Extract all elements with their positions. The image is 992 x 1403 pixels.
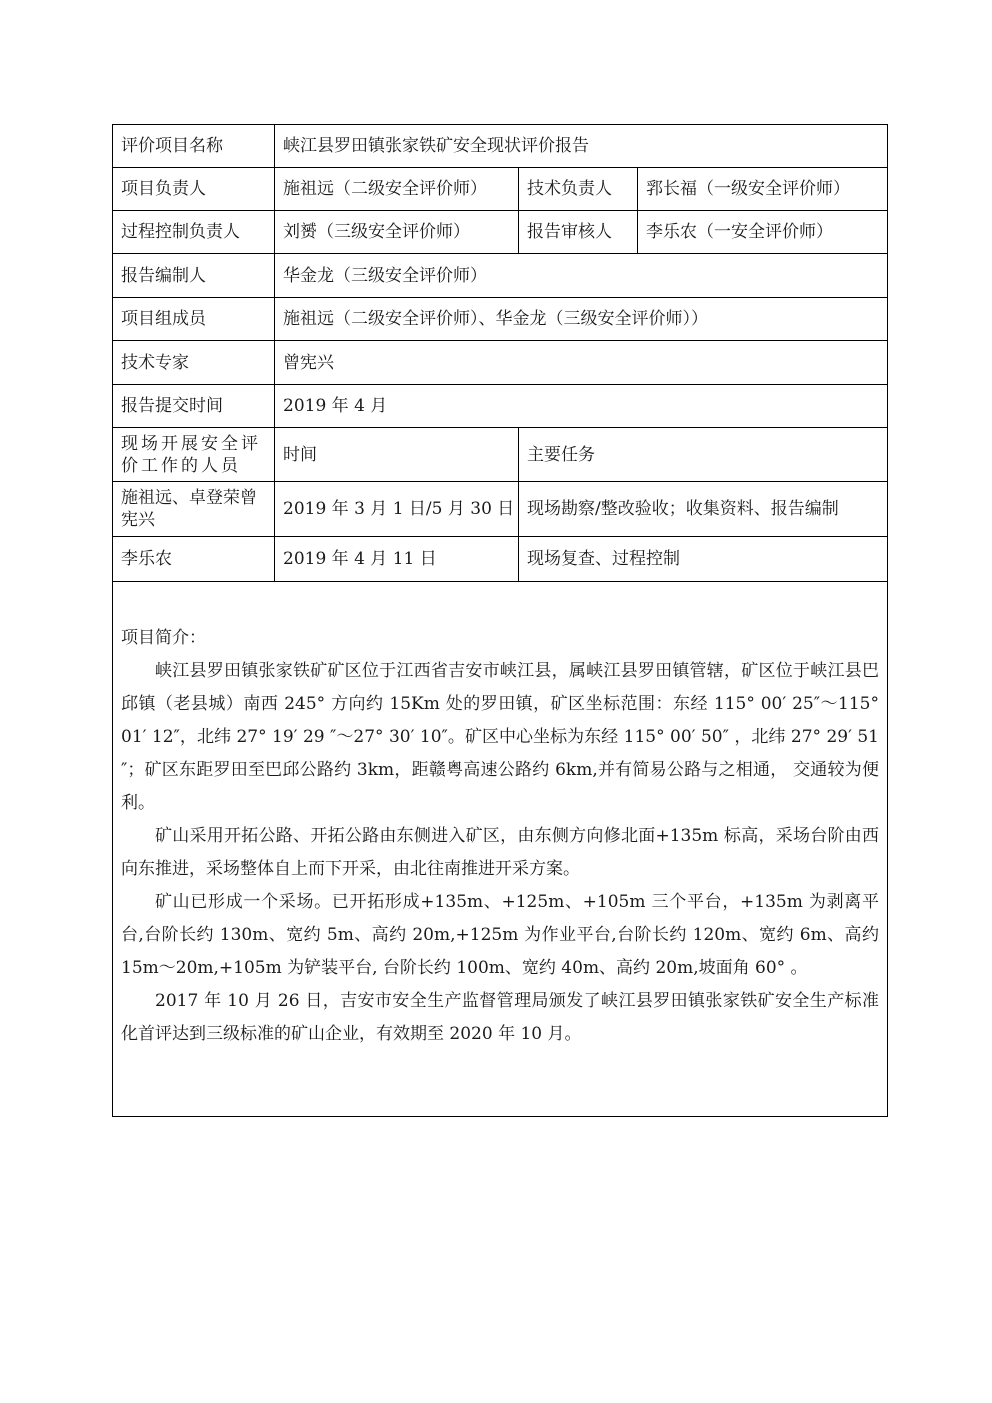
intro-heading: 项目简介： [121,622,879,655]
value-process-control: 刘赟（三级安全评价师） [275,211,519,253]
value-tech-leader: 郛长福（一级安全评价师） [638,168,887,210]
table-row-expert: 技术专家 曾宪兴 [113,341,887,385]
table-row-process-control: 过程控制负责人 刘赟（三级安全评价师） 报告审核人 李乐农（一安全评价师） [113,211,887,254]
header-time: 时间 [275,428,519,481]
project-info-table: 评价项目名称 峡江县罗田镇张家铁矿安全现状评价报告 项目负责人 施祖远（二级安全… [112,124,888,1117]
intro-paragraph-certification: 2017 年 10 月 26 日，吉安市安全生产监督管理局颁发了峡江县罗田镇张家… [121,985,879,1051]
label-submit-time: 报告提交时间 [113,385,275,427]
label-expert: 技术专家 [113,341,275,384]
staff-people-2: 李乐农 [113,537,275,581]
label-reviewer: 报告审核人 [519,211,638,253]
staff-task-1: 现场勘察/整改验收；收集资料、报告编制 [519,482,887,536]
label-process-control: 过程控制负责人 [113,211,275,253]
value-submit-time: 2019 年 4 月 [275,385,887,427]
table-row-author: 报告编制人 华金龙（三级安全评价师） [113,254,887,298]
value-expert: 曾宪兴 [275,341,887,384]
staff-task-2: 现场复查、过程控制 [519,537,887,581]
table-row-project-name: 评价项目名称 峡江县罗田镇张家铁矿安全现状评价报告 [113,125,887,168]
staff-time-1: 2019 年 3 月 1 日/5 月 30 日 [275,482,519,536]
value-project-name: 峡江县罗田镇张家铁矿安全现状评价报告 [275,125,887,167]
intro-paragraph-platforms: 矿山已形成一个采场。已开拓形成+135m、+125m、+105m 三个平台，+1… [121,886,879,985]
value-reviewer: 李乐农（一安全评价师） [638,211,887,253]
label-project-leader: 项目负责人 [113,168,275,210]
header-task: 主要任务 [519,428,887,481]
table-row-staff-2: 李乐农 2019 年 4 月 11 日 现场复查、过程控制 [113,537,887,582]
label-team: 项目组成员 [113,298,275,340]
value-team: 施祖远（二级安全评价师）、华金龙（三级安全评价师）） [275,298,887,340]
label-author: 报告编制人 [113,254,275,297]
value-author: 华金龙（三级安全评价师） [275,254,887,297]
label-tech-leader: 技术负责人 [519,168,638,210]
label-project-name: 评价项目名称 [113,125,275,167]
intro-paragraph-location: 峡江县罗田镇张家铁矿矿区位于江西省吉安市峡江县，属峡江县罗田镇管辖，矿区位于峡江… [121,655,879,820]
value-project-leader: 施祖远（二级安全评价师） [275,168,519,210]
project-intro-section: 项目简介： 峡江县罗田镇张家铁矿矿区位于江西省吉安市峡江县，属峡江县罗田镇管辖，… [113,582,887,1116]
header-personnel: 现场开展安全评价工作的人员 [113,428,275,481]
table-row-staff-header: 现场开展安全评价工作的人员 时间 主要任务 [113,428,887,482]
staff-time-2: 2019 年 4 月 11 日 [275,537,519,581]
staff-people-1: 施祖远、卓登荣曾宪兴 [113,482,275,536]
table-row-team: 项目组成员 施祖远（二级安全评价师）、华金龙（三级安全评价师）） [113,298,887,341]
table-row-staff-1: 施祖远、卓登荣曾宪兴 2019 年 3 月 1 日/5 月 30 日 现场勘察/… [113,482,887,537]
document-page: 评价项目名称 峡江县罗田镇张家铁矿安全现状评价报告 项目负责人 施祖远（二级安全… [0,0,992,1403]
table-row-submit-time: 报告提交时间 2019 年 4 月 [113,385,887,428]
table-row-project-leader: 项目负责人 施祖远（二级安全评价师） 技术负责人 郛长福（一级安全评价师） [113,168,887,211]
intro-paragraph-mining-method: 矿山采用开拓公路、开拓公路由东侧进入矿区，由东侧方向修北面+135m 标高，采场… [121,820,879,886]
